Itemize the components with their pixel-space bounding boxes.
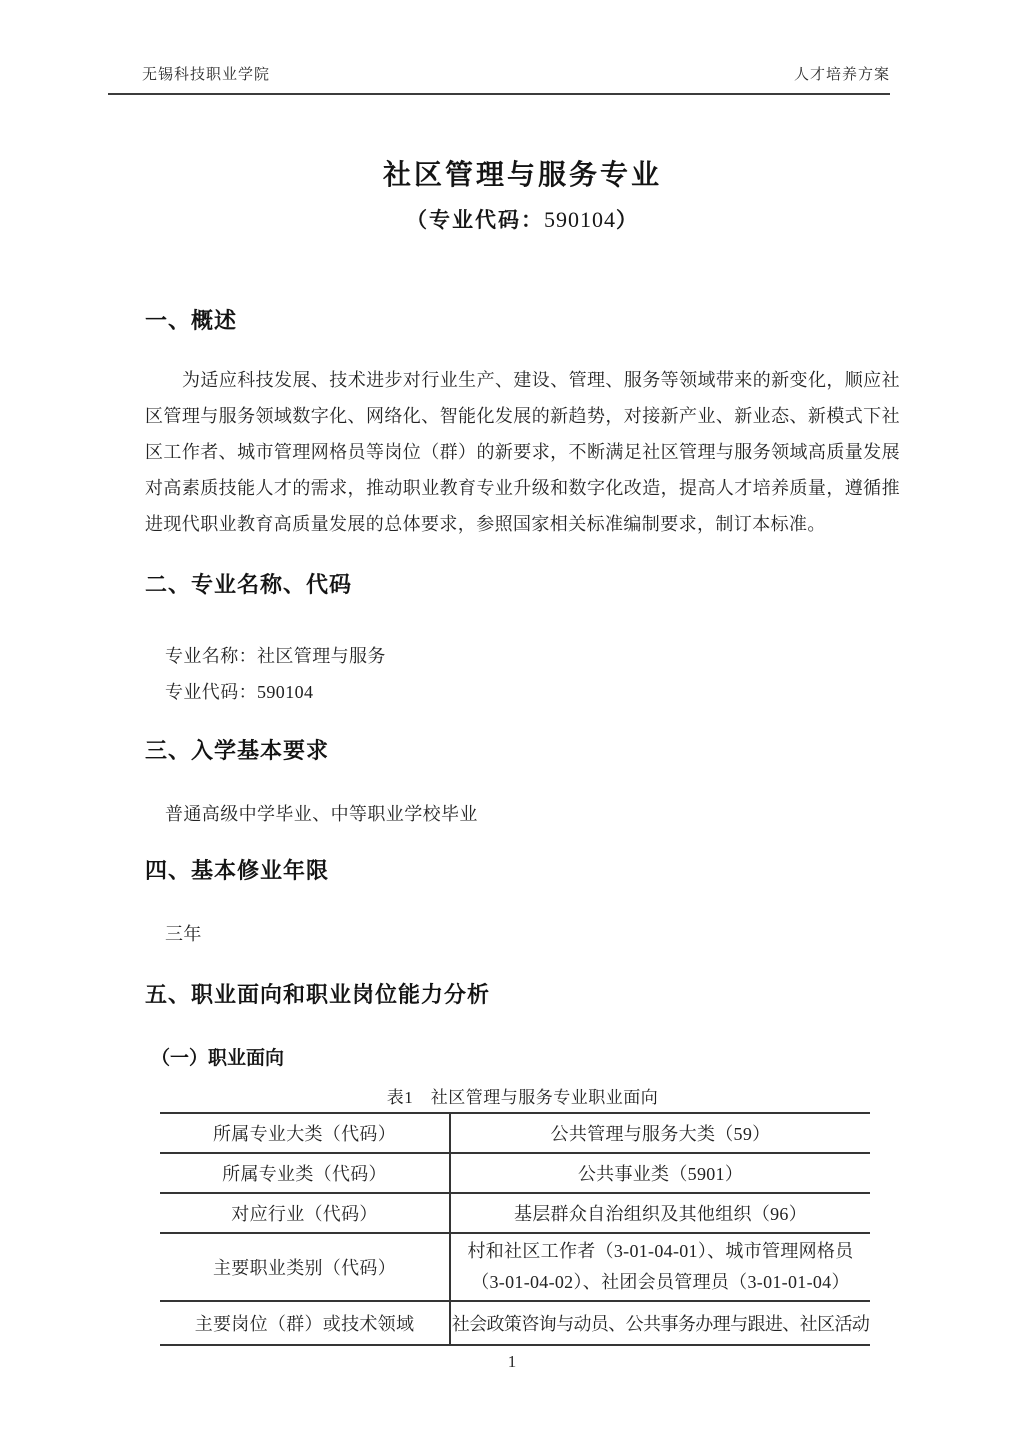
major-code: 590104 (544, 207, 616, 232)
career-orientation-table: 所属专业大类（代码） 公共管理与服务大类（59） 所属专业类（代码） 公共事业类… (160, 1112, 870, 1346)
table-row: 对应行业（代码） 基层群众自治组织及其他组织（96） (160, 1193, 870, 1233)
table-row: 所属专业类（代码） 公共事业类（5901） (160, 1153, 870, 1193)
row-value: 社会政策咨询与动员、公共事务办理与跟进、社区活动 (450, 1301, 870, 1345)
row-value: 村和社区工作者（3-01-04-01）、城市管理网格员 （3-01-04-02）… (450, 1233, 870, 1301)
row-label: 所属专业类（代码） (160, 1153, 450, 1193)
row-value-line: 村和社区工作者（3-01-04-01）、城市管理网格员 (457, 1236, 864, 1267)
row-value: 公共事业类（5901） (450, 1153, 870, 1193)
row-label: 对应行业（代码） (160, 1193, 450, 1233)
doc-subtitle: （专业代码：590104） (145, 204, 900, 236)
overview-paragraph: 为适应科技发展、技术进步对行业生产、建设、管理、服务等领域带来的新变化，顺应社区… (145, 362, 900, 542)
section-heading-career-orientation: 五、职业面向和职业岗位能力分析 (145, 980, 900, 1010)
subtitle-label: （专业代码： (406, 208, 544, 232)
doc-title: 社区管理与服务专业 (145, 158, 900, 194)
page-number: 1 (0, 1352, 1024, 1372)
study-years-line: 三年 (145, 916, 900, 952)
table-row: 所属专业大类（代码） 公共管理与服务大类（59） (160, 1113, 870, 1153)
table1-caption: 表1 社区管理与服务专业职业面向 (145, 1086, 900, 1110)
row-value-line: （3-01-04-02）、社团会员管理员（3-01-01-04） (457, 1267, 864, 1298)
table-row: 主要职业类别（代码） 村和社区工作者（3-01-04-01）、城市管理网格员 （… (160, 1233, 870, 1301)
row-label: 主要职业类别（代码） (160, 1233, 450, 1301)
row-value: 基层群众自治组织及其他组织（96） (450, 1193, 870, 1233)
subtitle-close-paren: ） (616, 208, 639, 232)
section-heading-study-years: 四、基本修业年限 (145, 856, 900, 886)
table-row: 主要岗位（群）或技术领域 社会政策咨询与动员、公共事务办理与跟进、社区活动 (160, 1301, 870, 1345)
major-code-line: 专业代码：590104 (145, 674, 900, 710)
row-value: 公共管理与服务大类（59） (450, 1113, 870, 1153)
subsection-heading-career-orientation: （一）职业面向 (145, 1046, 900, 1072)
document-body: 社区管理与服务专业 （专业代码：590104） 一、概述 为适应科技发展、技术进… (145, 0, 900, 1346)
section-heading-overview: 一、概述 (145, 306, 900, 336)
section-heading-name-code: 二、专业名称、代码 (145, 570, 900, 600)
row-label: 所属专业大类（代码） (160, 1113, 450, 1153)
major-name-line: 专业名称：社区管理与服务 (145, 638, 900, 674)
section-heading-entry-requirement: 三、入学基本要求 (145, 736, 900, 766)
row-label: 主要岗位（群）或技术领域 (160, 1301, 450, 1345)
entry-requirement-line: 普通高级中学毕业、中等职业学校毕业 (145, 796, 900, 832)
document-page: 无锡科技职业学院 人才培养方案 社区管理与服务专业 （专业代码：590104） … (0, 0, 1024, 1448)
